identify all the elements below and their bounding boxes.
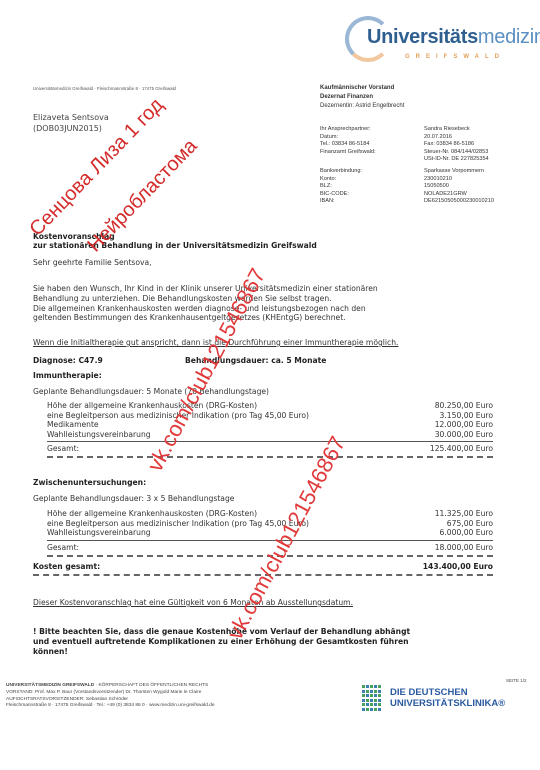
recipient-dob: (DOB03JUN2015) xyxy=(33,123,109,134)
cost-table: Höhe der allgemeine Krankenhauskosten (D… xyxy=(33,401,493,458)
dashed-divider xyxy=(47,456,493,458)
section-heading: Zwischenuntersuchungen: xyxy=(33,478,493,487)
page-number: SEITE 1/2 xyxy=(506,678,527,683)
letter-title: Kostenvoranschlag zur stationären Behand… xyxy=(33,232,317,250)
cost-row: Medikamente12.000,00 Euro xyxy=(33,420,493,430)
bank-row: BIC-CODE:NOLADE21GRW xyxy=(320,191,494,199)
contact-row: USt-ID-Nr. DE 227825354 xyxy=(320,156,494,164)
cost-row: Wahlleistungsvereinbarung30.000,00 Euro xyxy=(33,430,493,440)
department-block: Kaufmännischer Vorstand Dezernat Finanze… xyxy=(320,84,404,111)
recipient-block: Elizaveta Sentsova (DOB03JUN2015) xyxy=(33,112,109,134)
planned-duration: Geplante Behandlungsdauer: 3 x 5 Behandl… xyxy=(33,494,493,503)
universitaetsmedizin-logo: Universitätsmedizin GREIFSWALD xyxy=(345,14,535,64)
section-heading: Immuntherapie: xyxy=(33,371,493,380)
cost-table: Höhe der allgemeine Krankenhauskosten (D… xyxy=(33,509,493,557)
title-line1: Kostenvoranschlag xyxy=(33,232,317,241)
contact-row: Finanzamt Greifswald:Steuer-Nr. 084/144/… xyxy=(320,149,494,157)
grand-total-value: 143.400,00 Euro xyxy=(423,562,493,571)
cost-row: eine Begleitperson aus medizinischer Ind… xyxy=(33,411,493,421)
subtotal-row: Gesamt:125.400,00 Euro xyxy=(33,444,493,454)
validity-note: Dieser Kostenvoranschlag hat eine Gültig… xyxy=(33,598,353,607)
important-note: ! Bitte beachten Sie, dass die genaue Ko… xyxy=(33,627,503,657)
bank-row: Konto:230010210 xyxy=(320,176,494,184)
logo-main-light: medizin xyxy=(478,26,540,48)
contact-row: Tel.: 03834 86-5184Fax: 03834 86-5186 xyxy=(320,141,494,149)
cost-row: Höhe der allgemeine Krankenhauskosten (D… xyxy=(33,509,493,519)
logo-subtitle: GREIFSWALD xyxy=(405,54,505,60)
bank-row: Bankverbindung:Sparkasse Vorpommern xyxy=(320,168,494,176)
contact-info: Ihr Ansprechpartner:Sandra Riesebeck Dat… xyxy=(320,126,494,206)
cost-row: eine Begleitperson aus medizinischer Ind… xyxy=(33,519,493,529)
immuntherapie-section: Immuntherapie: Geplante Behandlungsdauer… xyxy=(33,371,493,458)
deutsche-universitaetsklinika-logo: DIE DEUTSCHEN UNIVERSITÄTSKLINIKA® xyxy=(362,685,505,711)
greeting: Sehr geehrte Familie Sentsova, xyxy=(33,258,152,267)
department-line2: Dezernat Finanzen xyxy=(320,93,404,102)
divider xyxy=(47,441,493,442)
department-line3: Dezernentin: Astrid Engelbrecht xyxy=(320,102,404,111)
department-line1: Kaufmännischer Vorstand xyxy=(320,84,404,93)
diagnosis: Diagnose: C47.9 xyxy=(33,356,103,365)
bank-row: BLZ:15050500 xyxy=(320,183,494,191)
subtotal-row: Gesamt:18.000,00 Euro xyxy=(33,543,493,553)
dk-line1: DIE DEUTSCHEN xyxy=(390,687,505,698)
grand-total-label: Kosten gesamt: xyxy=(33,562,100,571)
footer: UNIVERSITÄTSMEDIZIN GREIFSWALD · KÖRPERS… xyxy=(6,683,215,710)
intro-paragraph: Sie haben den Wunsch, Ihr Kind in der Kl… xyxy=(33,284,523,323)
contact-row: Ihr Ansprechpartner:Sandra Riesebeck xyxy=(320,126,494,134)
contact-row: Datum:20.07.2016 xyxy=(320,134,494,142)
cost-row: Höhe der allgemeine Krankenhauskosten (D… xyxy=(33,401,493,411)
recipient-name: Elizaveta Sentsova xyxy=(33,112,109,123)
bank-row: IBAN:DE62150505000230010210 xyxy=(320,198,494,206)
title-line2: zur stationären Behandlung in der Univer… xyxy=(33,241,317,250)
dk-line2: UNIVERSITÄTSKLINIKA® xyxy=(390,698,505,709)
cost-row: Wahlleistungsvereinbarung6.000,00 Euro xyxy=(33,528,493,538)
logo-main-bold: Universitäts xyxy=(367,26,478,48)
planned-duration: Geplante Behandlungsdauer: 5 Monate (70 … xyxy=(33,387,493,396)
zwischenuntersuchungen-section: Zwischenuntersuchungen: Geplante Behandl… xyxy=(33,478,493,557)
sender-line: Universitätsmedizin Greifswald · Fleisch… xyxy=(33,86,176,91)
dots-grid-icon xyxy=(362,685,382,711)
